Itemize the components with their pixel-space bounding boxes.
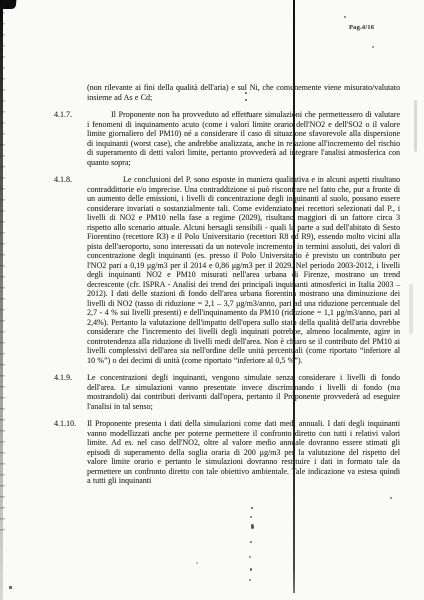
paragraph-text: Le conclusioni del P. sono esposte in ma… bbox=[87, 175, 400, 365]
paragraph-number: 4.1.10. bbox=[54, 419, 87, 486]
document-body: (non rilevante ai fini della qualità del… bbox=[54, 83, 400, 494]
scan-speck bbox=[250, 568, 252, 571]
paragraph-4-1-10: 4.1.10. Il Proponente presenta i dati de… bbox=[54, 419, 400, 486]
scan-speck bbox=[249, 579, 251, 581]
paragraph-text: Il Proponente non ha provveduto ad effet… bbox=[87, 110, 400, 167]
page-number: Pag.4/16 bbox=[349, 24, 374, 31]
scan-left-edge-marks bbox=[0, 12, 5, 532]
paragraph-text: (non rilevante ai fini della qualità del… bbox=[87, 83, 400, 102]
scan-speck bbox=[250, 541, 252, 543]
paragraph-number: 4.1.8. bbox=[54, 175, 87, 365]
scanned-document-page: Pag.4/16 (non rilevante ai fini della qu… bbox=[0, 0, 424, 600]
scan-speck bbox=[372, 46, 374, 48]
scan-speck bbox=[251, 507, 253, 509]
paragraph-number: 4.1.7. bbox=[54, 110, 87, 167]
paragraph-4-1-9: 4.1.9. Le concentrazioni degli inquinant… bbox=[54, 373, 400, 411]
paragraph-number bbox=[54, 83, 87, 102]
paragraph-number: 4.1.9. bbox=[54, 373, 87, 411]
scan-speck bbox=[250, 516, 252, 518]
scan-speck bbox=[196, 562, 198, 564]
scan-corner-shadow bbox=[0, 0, 16, 9]
scan-smudge bbox=[409, 284, 413, 334]
scan-speck bbox=[344, 16, 346, 18]
scan-smudge bbox=[414, 100, 417, 152]
paragraph-4-1-7: 4.1.7. Il Proponente non ha provveduto a… bbox=[54, 110, 400, 167]
paragraph-4-1-8: 4.1.8. Le conclusioni del P. sono espost… bbox=[54, 175, 400, 365]
scan-speck bbox=[9, 586, 12, 589]
scan-speck bbox=[249, 556, 251, 558]
paragraph-text: Il Proponente presenta i dati della simu… bbox=[87, 419, 400, 486]
scan-speck bbox=[390, 497, 392, 499]
paragraph-continuation: (non rilevante ai fini della qualità del… bbox=[54, 83, 400, 102]
scan-speck bbox=[251, 524, 254, 529]
paragraph-text: Le concentrazioni degli inquinanti, veng… bbox=[87, 373, 400, 411]
